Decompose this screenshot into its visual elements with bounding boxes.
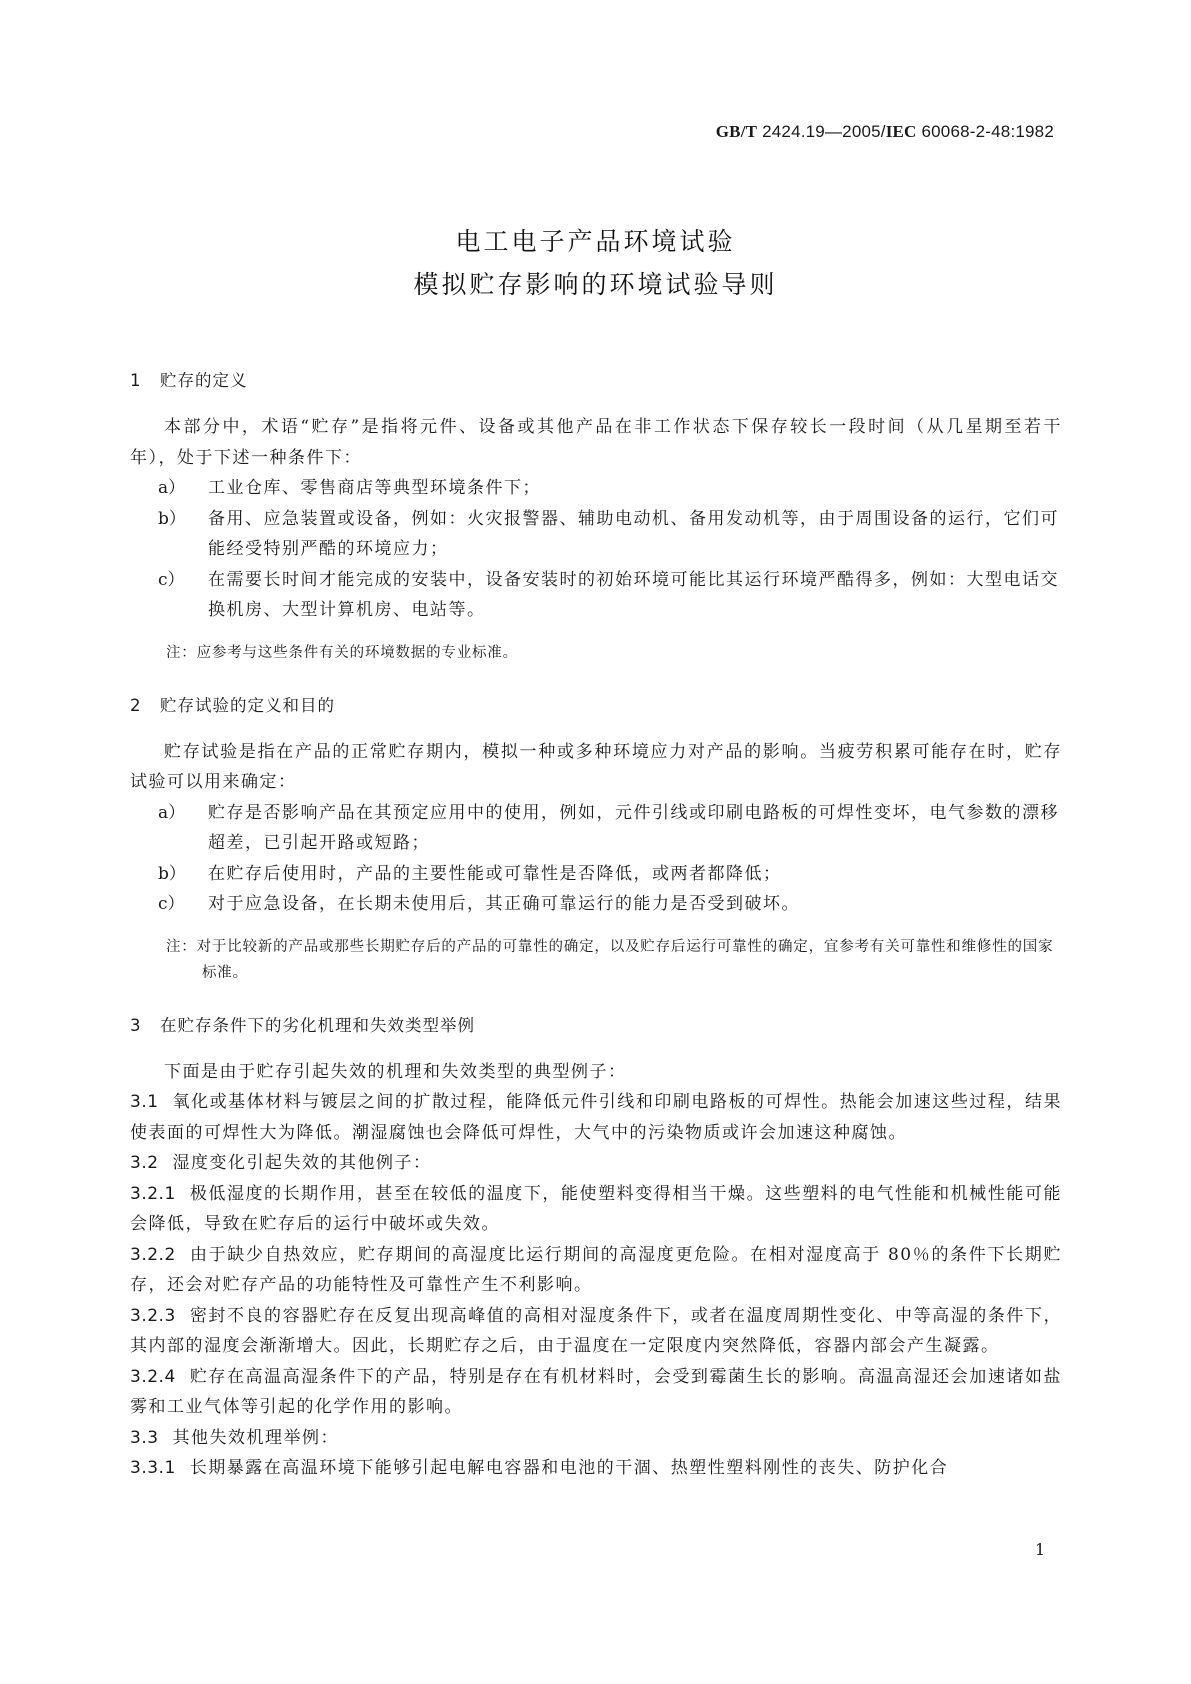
list-item: a） 工业仓库、零售商店等典型环境条件下； — [130, 473, 1062, 504]
list-item-label: a） — [158, 798, 185, 829]
section-intro: 本部分中，术语“贮存”是指将元件、设备或其他产品在非工作状态下保存较长一段时间（… — [130, 412, 1062, 473]
list-item-label: b） — [158, 859, 186, 890]
clause-number: 3.2.2 — [130, 1245, 176, 1265]
list-item-text: 在贮存后使用时，产品的主要性能或可靠性是否降低，或两者都降低； — [208, 864, 782, 884]
list-item-text: 工业仓库、零售商店等典型环境条件下； — [208, 478, 541, 498]
list-item-label: b） — [158, 504, 186, 535]
section-number: 3 — [130, 1011, 160, 1041]
clause: 3.2.2由于缺少自热效应，贮存期间的高湿度比运行期间的高湿度更危险。在相对湿度… — [130, 1240, 1062, 1301]
section-3: 3在贮存条件下的劣化机理和失效类型举例 下面是由于贮存引起失效的机理和失效类型的… — [130, 1011, 1062, 1484]
page-number: 1 — [1035, 1540, 1045, 1559]
clause-text: 极低湿度的长期作用，甚至在较低的温度下，能使塑料变得相当干燥。这些塑料的电气性能… — [130, 1184, 1062, 1235]
list-item: c） 在需要长时间才能完成的安装中，设备安装时的初始环境可能比其运行环境严酷得多… — [130, 565, 1062, 626]
section-heading: 3在贮存条件下的劣化机理和失效类型举例 — [130, 1011, 1062, 1041]
std-number: 2424.19—2005/ — [762, 122, 886, 141]
section-intro: 下面是由于贮存引起失效的机理和失效类型的典型例子： — [130, 1057, 1062, 1088]
list-item-text: 在需要长时间才能完成的安装中，设备安装时的初始环境可能比其运行环境严酷得多，例如… — [208, 570, 1059, 621]
section-title: 贮存的定义 — [160, 371, 248, 390]
clause-number: 3.2.4 — [130, 1367, 176, 1387]
list-item: b） 在贮存后使用时，产品的主要性能或可靠性是否降低，或两者都降低； — [130, 859, 1062, 890]
clause-text: 贮存在高温高湿条件下的产品，特别是存在有机材料时，会受到霉菌生长的影响。高温高湿… — [130, 1367, 1062, 1418]
clause-text: 密封不良的容器贮存在反复出现高峰值的高相对湿度条件下，或者在温度周期性变化、中等… — [130, 1306, 1062, 1357]
section-2: 2贮存试验的定义和目的 贮存试验是指在产品的正常贮存期内，模拟一种或多种环境应力… — [130, 691, 1062, 987]
standard-code: GB/T 2424.19—2005/IEC 60068-2-48:1982 — [716, 122, 1054, 142]
document-body: 1贮存的定义 本部分中，术语“贮存”是指将元件、设备或其他产品在非工作状态下保存… — [130, 366, 1062, 1484]
clause-text: 其他失效机理举例： — [173, 1428, 340, 1448]
list-item-label: c） — [158, 889, 185, 920]
clause-number: 3.3 — [130, 1428, 159, 1448]
clause-text: 长期暴露在高温环境下能够引起电解电容器和电池的干涸、热塑性塑料刚性的丧失、防护化… — [190, 1458, 949, 1478]
section-intro: 贮存试验是指在产品的正常贮存期内，模拟一种或多种环境应力对产品的影响。当疲劳积累… — [130, 737, 1062, 798]
std-prefix: GB/T — [716, 122, 757, 141]
section-number: 1 — [130, 366, 160, 396]
list-item-label: c） — [158, 565, 185, 596]
list-item-label: a） — [158, 473, 185, 504]
iec-prefix: IEC — [886, 122, 917, 141]
clause: 3.3其他失效机理举例： — [130, 1423, 1062, 1454]
section-number: 2 — [130, 691, 160, 721]
document-title-line-2: 模拟贮存影响的环境试验导则 — [0, 265, 1191, 301]
document-title-line-1: 电工电子产品环境试验 — [0, 222, 1191, 258]
iec-number: 60068-2-48:1982 — [921, 122, 1054, 141]
clause: 3.2.4贮存在高温高湿条件下的产品，特别是存在有机材料时，会受到霉菌生长的影响… — [130, 1362, 1062, 1423]
list-item: c） 对于应急设备，在长期未使用后，其正确可靠运行的能力是否受到破坏。 — [130, 889, 1062, 920]
clause: 3.2.3密封不良的容器贮存在反复出现高峰值的高相对湿度条件下，或者在温度周期性… — [130, 1301, 1062, 1362]
clause: 3.1氧化或基体材料与镀层之间的扩散过程，能降低元件引线和印刷电路板的可焊性。热… — [130, 1087, 1062, 1148]
section-1: 1贮存的定义 本部分中，术语“贮存”是指将元件、设备或其他产品在非工作状态下保存… — [130, 366, 1062, 666]
list-item: a） 贮存是否影响产品在其预定应用中的使用，例如，元件引线或印刷电路板的可焊性变… — [130, 798, 1062, 859]
list-item-text: 贮存是否影响产品在其预定应用中的使用，例如，元件引线或印刷电路板的可焊性变坏，电… — [208, 803, 1059, 854]
list-item-text: 备用、应急装置或设备，例如：火灾报警器、辅助电动机、备用发动机等，由于周围设备的… — [208, 509, 1059, 560]
clause-number: 3.1 — [130, 1092, 159, 1112]
clause-text: 湿度变化引起失效的其他例子： — [173, 1153, 432, 1173]
section-title: 贮存试验的定义和目的 — [160, 696, 335, 715]
clause-number: 3.2 — [130, 1153, 159, 1173]
clause-text: 由于缺少自热效应，贮存期间的高湿度比运行期间的高湿度更危险。在相对湿度高于 80… — [130, 1245, 1062, 1296]
clause: 3.3.1长期暴露在高温环境下能够引起电解电容器和电池的干涸、热塑性塑料刚性的丧… — [130, 1453, 1062, 1484]
list-item: b） 备用、应急装置或设备，例如：火灾报警器、辅助电动机、备用发动机等，由于周围… — [130, 504, 1062, 565]
clause-text: 氧化或基体材料与镀层之间的扩散过程，能降低元件引线和印刷电路板的可焊性。热能会加… — [130, 1092, 1062, 1143]
clause-number: 3.2.1 — [130, 1184, 176, 1204]
clause: 3.2.1极低湿度的长期作用，甚至在较低的温度下，能使塑料变得相当干燥。这些塑料… — [130, 1179, 1062, 1240]
note: 注：应参考与这些条件有关的环境数据的专业标准。 — [158, 640, 1062, 666]
note: 注：对于比较新的产品或那些长期贮存后的产品的可靠性的确定，以及贮存后运行可靠性的… — [158, 934, 1062, 986]
section-title: 在贮存条件下的劣化机理和失效类型举例 — [160, 1016, 475, 1035]
clause-number: 3.3.1 — [130, 1458, 176, 1478]
section-heading: 1贮存的定义 — [130, 366, 1062, 396]
clause: 3.2湿度变化引起失效的其他例子： — [130, 1148, 1062, 1179]
list-item-text: 对于应急设备，在长期未使用后，其正确可靠运行的能力是否受到破坏。 — [208, 894, 800, 914]
clause-number: 3.2.3 — [130, 1306, 176, 1326]
section-heading: 2贮存试验的定义和目的 — [130, 691, 1062, 721]
